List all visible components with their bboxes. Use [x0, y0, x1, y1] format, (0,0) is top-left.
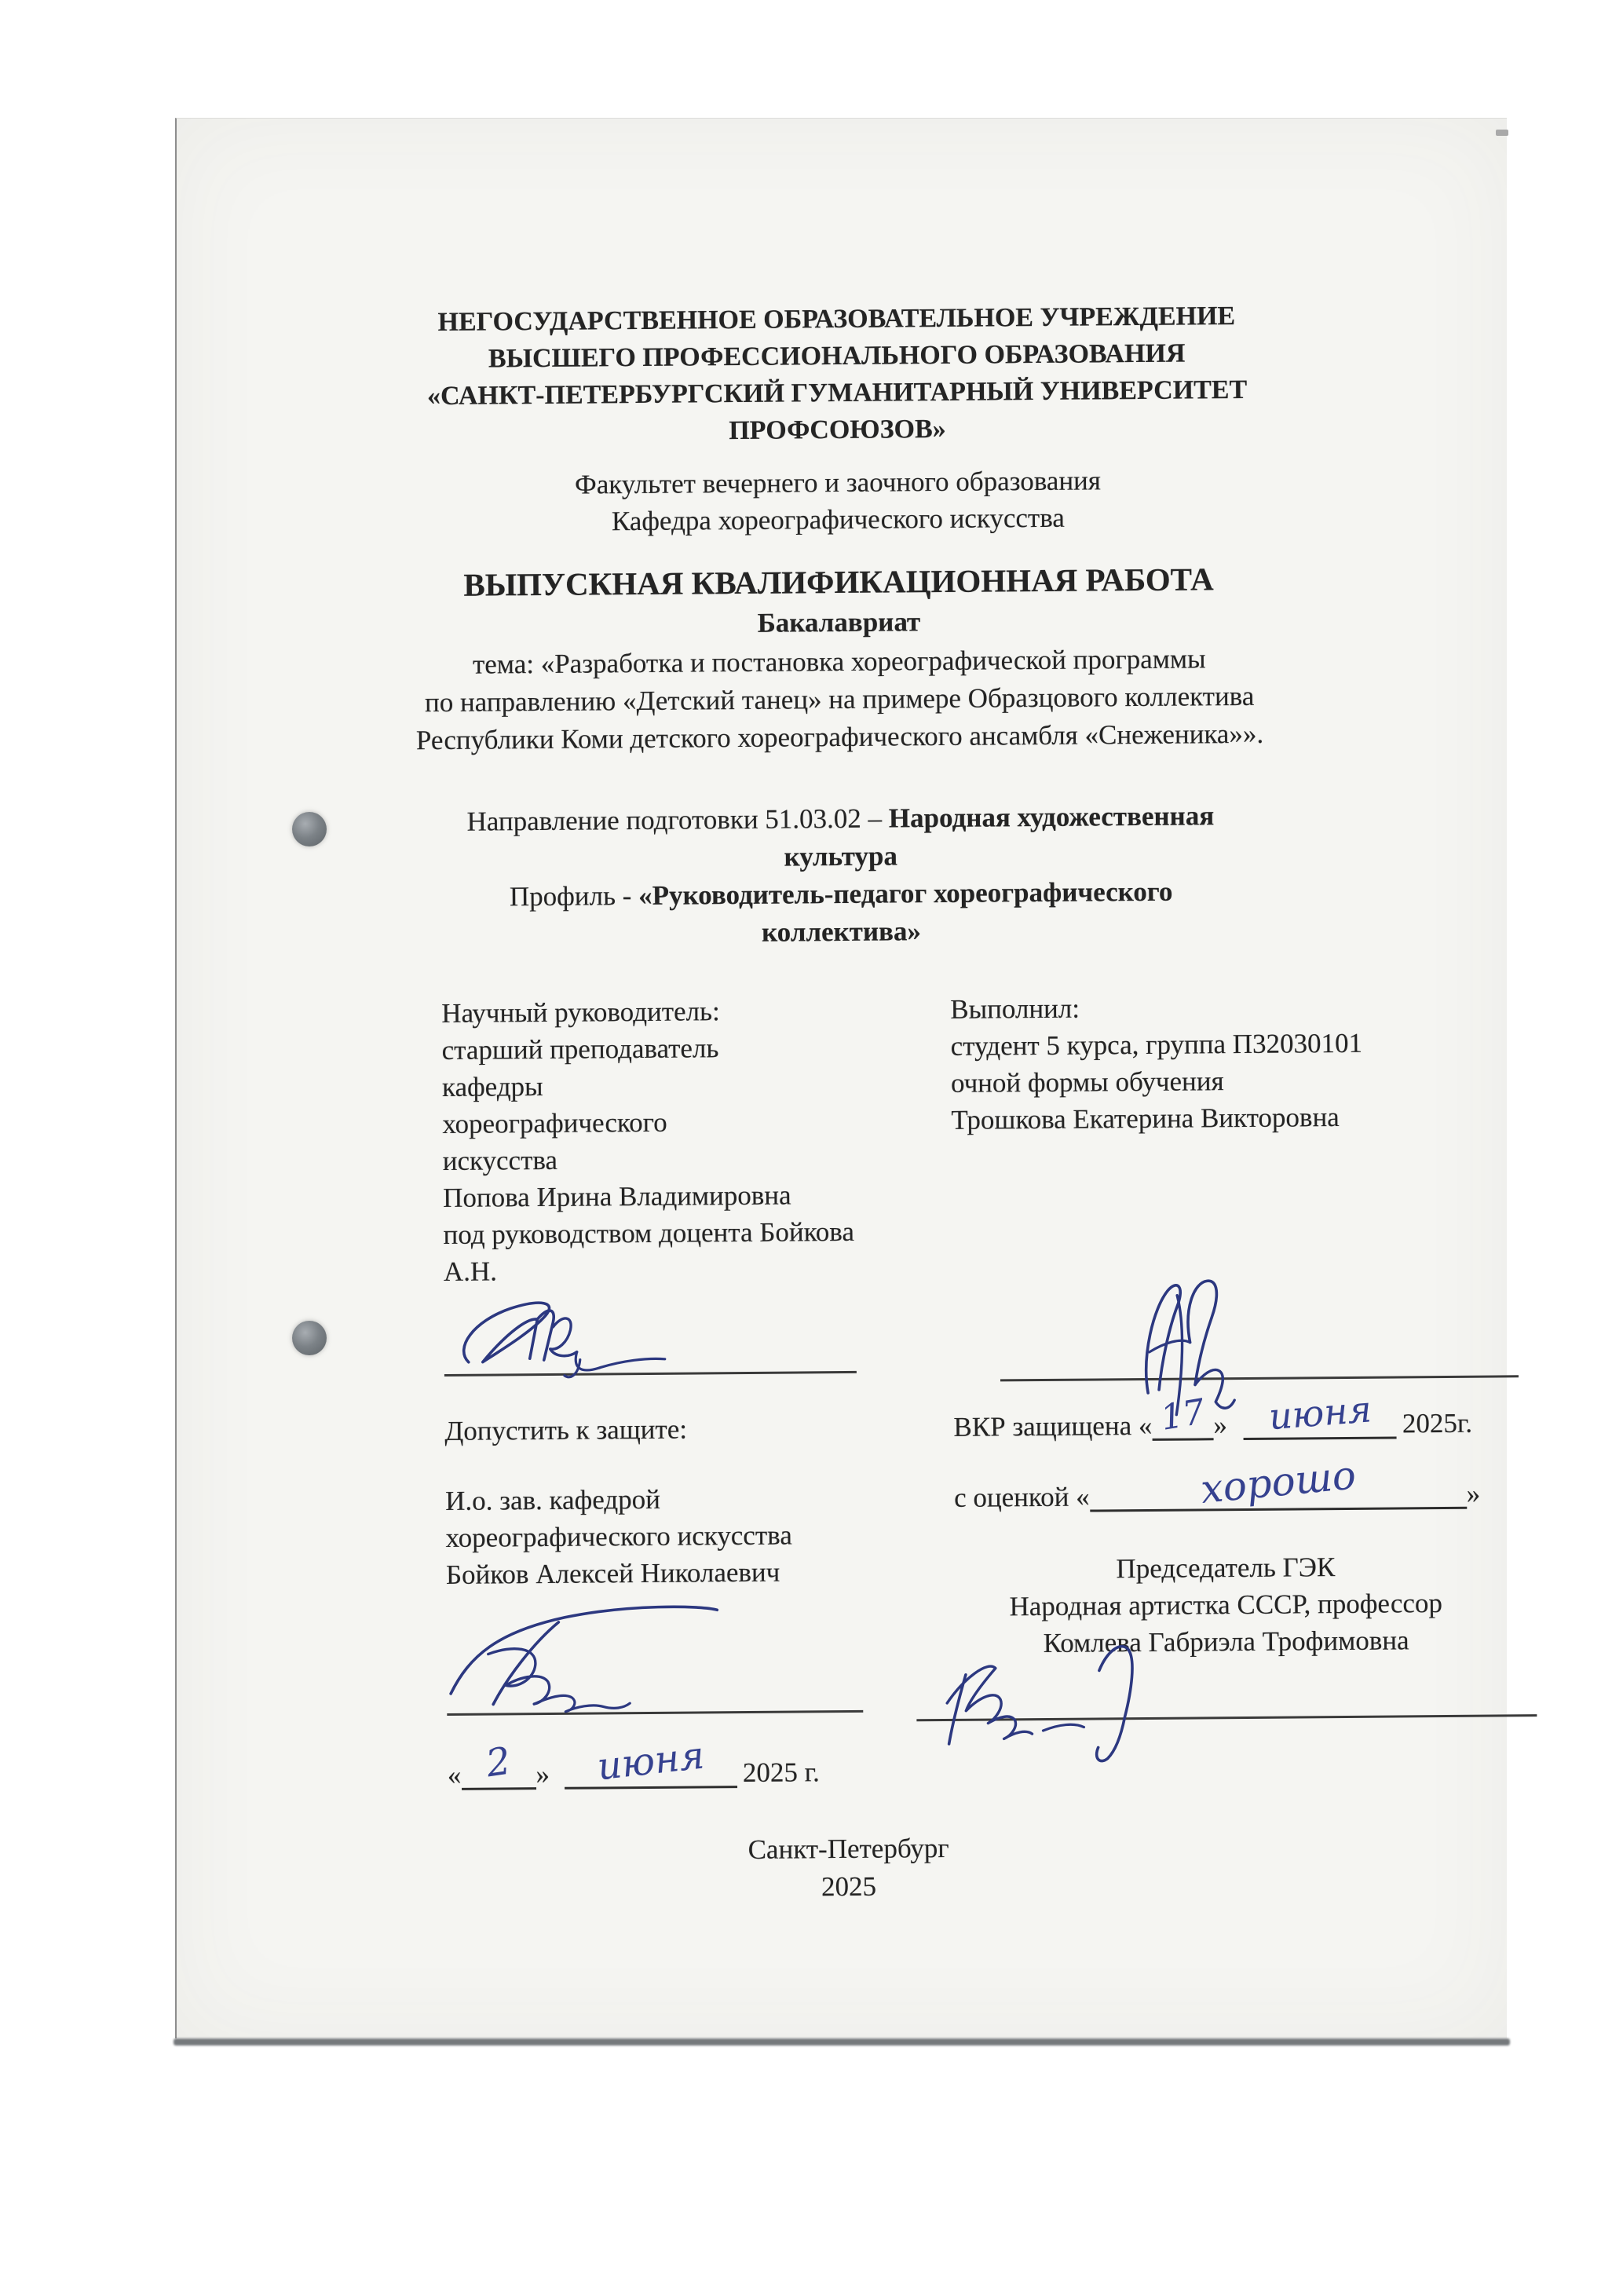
- degree-subtitle: Бакалавриат: [174, 601, 1504, 643]
- city-year-block: Санкт-Петербург 2025: [184, 1825, 1515, 1910]
- supervisor-line: искусства: [443, 1139, 945, 1179]
- supervisor-line: под руководством доцента Бойкова: [443, 1212, 945, 1253]
- chair-line: Народная артистка СССР, профессор: [927, 1584, 1524, 1625]
- acting-head-line: И.о. зав. кафедрой: [445, 1479, 948, 1519]
- acting-head-block: И.о. зав. кафедрой хореографического иск…: [445, 1479, 949, 1593]
- author-line: студент 5 курса, группа П32030101: [950, 1023, 1515, 1065]
- author-line: очной формы обучения: [951, 1060, 1516, 1102]
- supervisor-line: А.Н.: [444, 1249, 946, 1290]
- direction-prefix: Направление подготовки 51.03.02 –: [466, 803, 889, 837]
- work-type-title: ВЫПУСКНАЯ КВАЛИФИКАЦИОННАЯ РАБОТА: [174, 558, 1504, 605]
- handwritten-month: июня: [1267, 1387, 1373, 1438]
- university-header: НЕГОСУДАРСТВЕННОЕ ОБРАЗОВАТЕЛЬНОЕ УЧРЕЖД…: [171, 295, 1502, 453]
- direction-bold: Народная художественная: [889, 800, 1215, 833]
- chair-line: Председатель ГЭК: [927, 1547, 1524, 1589]
- defense-row: ВКР защищена «17» июня 2025г.: [953, 1408, 1472, 1443]
- date-year: 2025 г.: [743, 1757, 820, 1788]
- scanned-page: НЕГОСУДАРСТВЕННОЕ ОБРАЗОВАТЕЛЬНОЕ УЧРЕЖД…: [175, 118, 1507, 2038]
- handwritten-month: июня: [595, 1733, 707, 1789]
- supervisor-block: Научный руководитель: старший преподават…: [441, 991, 946, 1290]
- author-line: Трошкова Екатерина Викторовна: [951, 1097, 1516, 1139]
- handwritten-day: 2: [484, 1739, 514, 1786]
- admit-label: Допустить к защите:: [444, 1414, 687, 1447]
- defense-year: 2025г.: [1402, 1408, 1472, 1439]
- grade-close-quote: »: [1466, 1479, 1480, 1509]
- faculty-block: Факультет вечернего и заочного образован…: [173, 459, 1504, 543]
- profile-bold: «Руководитель-педагог хореографического: [638, 876, 1173, 911]
- head-signature: [440, 1597, 740, 1725]
- grade-slot: хорошо: [1090, 1499, 1467, 1512]
- topic-block: тема: «Разработка и постановка хореограф…: [174, 638, 1505, 761]
- date-day-slot: 2: [461, 1779, 536, 1790]
- supervisor-line: хореографического: [442, 1102, 945, 1143]
- date-close-quote: »: [536, 1759, 550, 1790]
- acting-head-line: хореографического искусства: [445, 1515, 948, 1556]
- grade-row: с оценкой «хорошо»: [954, 1479, 1480, 1514]
- supervisor-line: Попова Ирина Владимировна: [443, 1175, 945, 1216]
- author-label: Выполнил:: [950, 986, 1515, 1028]
- profile-prefix: Профиль -: [510, 880, 639, 912]
- acting-head-line: Бойков Алексей Николаевич: [446, 1552, 949, 1593]
- supervisor-line: старший преподаватель: [441, 1028, 944, 1069]
- author-block: Выполнил: студент 5 курса, группа П32030…: [950, 986, 1516, 1139]
- handwritten-day: 17: [1157, 1391, 1208, 1439]
- date-month-slot: июня: [565, 1778, 737, 1790]
- supervisor-label: Научный руководитель:: [441, 991, 944, 1032]
- direction-profile-block: Направление подготовки 51.03.02 – Народн…: [175, 795, 1506, 956]
- approval-date-row: «2» июня 2025 г.: [448, 1757, 820, 1791]
- supervisor-signature: [454, 1292, 690, 1387]
- handwritten-grade: хорошо: [1198, 1452, 1358, 1512]
- grade-prefix: с оценкой «: [954, 1482, 1090, 1513]
- defense-day-slot: 17: [1152, 1430, 1213, 1441]
- page-content: НЕГОСУДАРСТВЕННОЕ ОБРАЗОВАТЕЛЬНОЕ УЧРЕЖД…: [170, 113, 1515, 2043]
- date-open-quote: «: [448, 1760, 462, 1790]
- defense-prefix: ВКР защищена «: [953, 1410, 1152, 1442]
- defense-month-slot: июня: [1244, 1428, 1397, 1440]
- supervisor-line: кафедры: [442, 1065, 945, 1106]
- defense-close-quote: »: [1213, 1409, 1227, 1440]
- chair-signature: [927, 1627, 1289, 1771]
